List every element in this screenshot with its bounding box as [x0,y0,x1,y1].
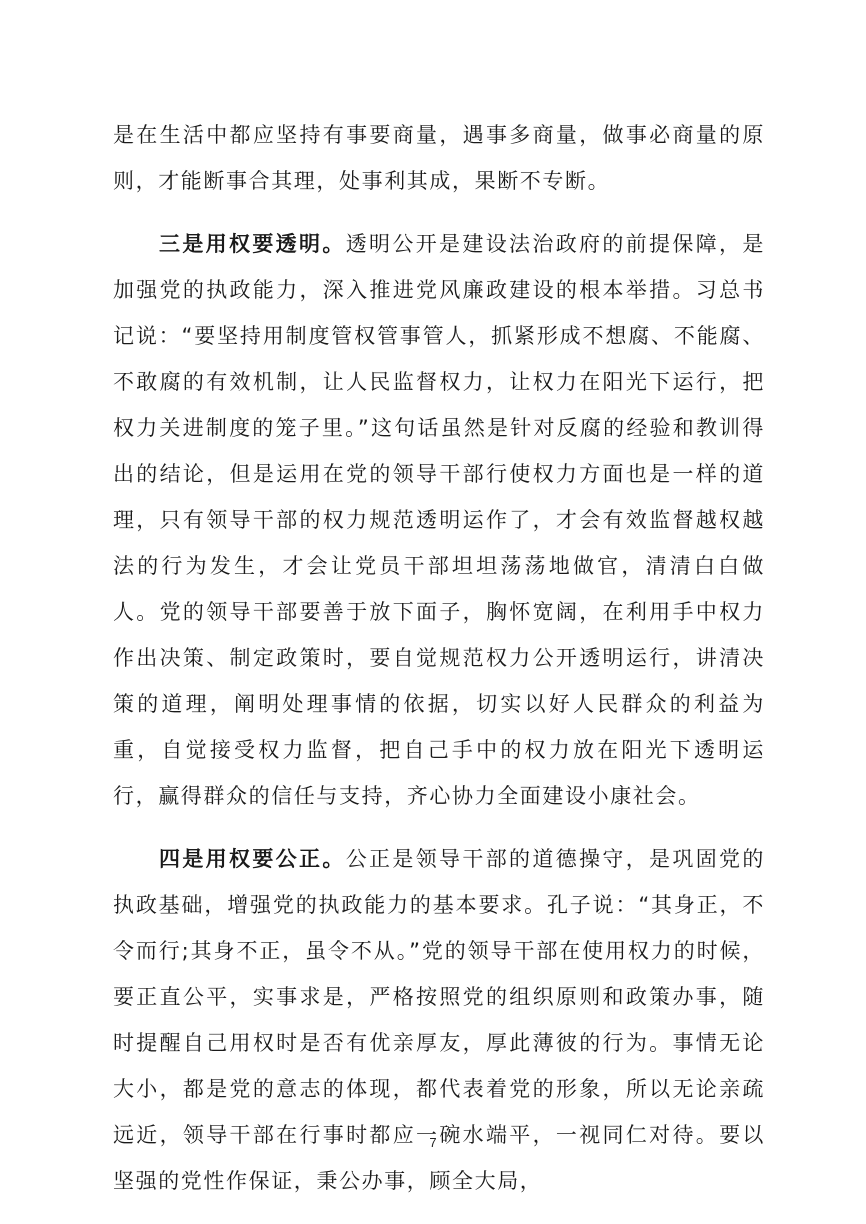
paragraph-continuation: 是在生活中都应坚持有事要商量，遇事多商量，做事必商量的原则，才能断事合其理，处事… [113,112,765,204]
paragraph-lead: 三是用权要透明。 [159,232,346,256]
page-number: 7 [0,1135,866,1150]
paragraph-lead: 四是用权要公正。 [159,847,346,871]
paragraph-transparency: 三是用权要透明。透明公开是建设法治政府的前提保障，是加强党的执政能力，深入推进党… [113,221,765,819]
paragraph-text: 是在生活中都应坚持有事要商量，遇事多商量，做事必商量的原则，才能断事合其理，处事… [113,123,765,193]
document-page: 是在生活中都应坚持有事要商量，遇事多商量，做事必商量的原则，才能断事合其理，处事… [113,112,765,1204]
paragraph-text: 透明公开是建设法治政府的前提保障，是加强党的执政能力，深入推进党风廉政建设的根本… [113,232,765,808]
